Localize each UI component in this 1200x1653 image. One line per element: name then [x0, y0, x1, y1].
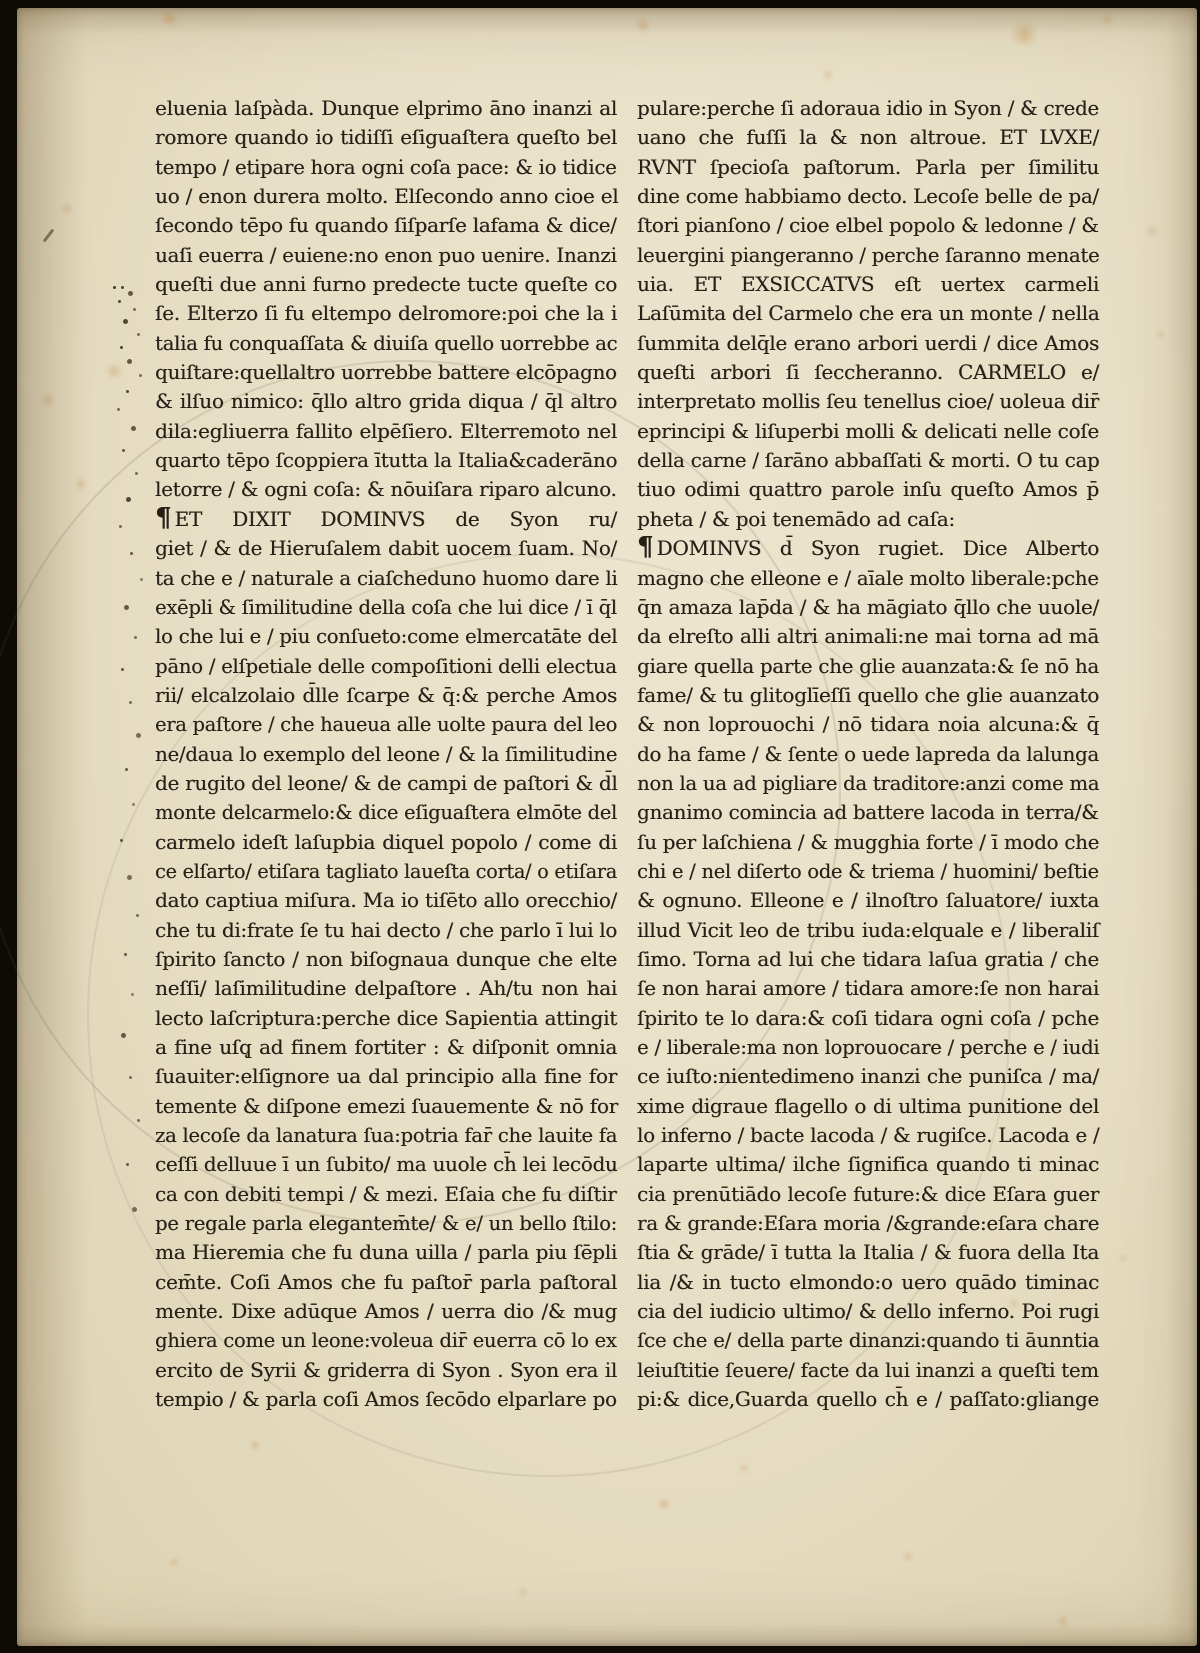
text-line: tempio / & parla coſi Amos ſecōdo elparl…: [155, 1385, 615, 1414]
text-line: pulare:perche ſi adoraua idio in Syon / …: [637, 94, 1094, 123]
foxing-spot: [41, 394, 55, 406]
gutter-speckles: [113, 286, 116, 289]
text-line: lo inferno / bacte lacoda / & rugiſce. L…: [637, 1121, 1095, 1150]
text-line: dine come habbiamo decto. Lecoſe belle d…: [637, 182, 1095, 211]
text-line: pheta / & poi tenemādo ad caſa:: [637, 505, 1099, 534]
text-line: ſe non harai amore / tidara amore:ſe non…: [637, 974, 1099, 1003]
text-line: che tu di:frate ſe tu hai decto / che pa…: [155, 916, 611, 945]
text-line: xime digraue flagello o di ultima puniti…: [637, 1092, 1099, 1121]
text-line: exēpli & ſimilitudine della coſa che lui…: [155, 593, 605, 622]
foxing-spot: [657, 1498, 671, 1510]
text-line: cia prenūtiādo lecoſe future:& dice Eſar…: [637, 1180, 1099, 1209]
text-line: leuergini piangeranno / perche ſaranno m…: [637, 241, 1091, 270]
text-line: lo che lui e / piu conſueto:come elmerca…: [155, 622, 608, 651]
text-line: dato captiua miſura. Ma io tiſēto allo o…: [155, 886, 617, 915]
text-line: ta che e / naturale a ciaſcheduno huomo …: [155, 564, 611, 593]
text-line: quarto tēpo ſcoppiera ītutta la Italia&c…: [155, 446, 613, 475]
text-line: ſpirito ſancto / non biſognaua dunque ch…: [155, 945, 617, 974]
text-line: ſecondo tēpo fu quando ſiſparſe lafama &…: [155, 211, 615, 240]
text-line: queſti arbori ſi ſeccheranno. CARMELO e/: [637, 358, 1099, 387]
text-line: fame/ & tu glitoglīeſſi quello che glie …: [637, 681, 1099, 710]
text-line: ſimo. Torna ad lui che tidara laſua grat…: [637, 945, 1099, 974]
text-line: chi e / nel diſerto ode & triema / huomi…: [637, 857, 1086, 886]
text-line: gnanimo comincia ad battere lacoda in te…: [637, 798, 1095, 827]
text-line: uano che fuſſi la & non altroue. ET LVXE…: [637, 123, 1099, 152]
text-line: monte delcarmelo:& dice eſiguaſtera elmō…: [155, 798, 603, 827]
foxing-spot: [75, 478, 87, 490]
foxing-spot: [1057, 1616, 1069, 1626]
foxing-spot: [169, 1558, 179, 1567]
text-line: za lecoſe da lanatura ſua:potria far̄ ch…: [155, 1121, 606, 1150]
text-line: magno che elleone e / aīale molto libera…: [637, 564, 1093, 593]
text-line: q̄n amaza lap̄da / & ha māgiato q̄llo ch…: [637, 593, 1099, 622]
right-text-column: pulare:perche ſi adoraua idio in Syon / …: [637, 94, 1099, 1414]
text-line: & non loprouochi / nō tidara noia alcuna…: [637, 710, 1099, 739]
text-line: ne/daua lo exemplo del leone / & la ſimi…: [155, 740, 610, 769]
text-line: laparte ultima/ ilche ſignifica quando t…: [637, 1150, 1099, 1179]
text-line: romore quando io tidiſſi eſiguaſtera que…: [155, 123, 617, 152]
text-line: mente. Dixe adūque Amos / uerra dio /& m…: [155, 1297, 617, 1326]
text-line: uaſi euerra / euiene:no enon puo uenire.…: [155, 241, 612, 270]
text-line: RVNT ſpecioſa paſtorum. Parla per ſimili…: [637, 153, 1099, 182]
foxing-spot: [519, 1588, 527, 1596]
text-line: & ognuno. Elleone e / ilnoſtro ſaluatore…: [637, 886, 1099, 915]
text-line: de rugito del leone/ & de campi de paſto…: [155, 769, 615, 798]
text-line: pi:& dice,Guarda quello ch̄ e / paſſato:…: [637, 1385, 1099, 1414]
text-line: ſuauiter:elſignore ua dal principio alla…: [155, 1062, 617, 1091]
text-line: ſu per laſchiena / & mugghia forte / ī m…: [637, 828, 1095, 857]
text-line: non la ua ad pigliare da traditore:anzi …: [637, 769, 1090, 798]
foxing-spot: [635, 18, 651, 32]
text-line: lecto laſcriptura:perche dice Sapientia …: [155, 1004, 617, 1033]
text-line: ¶DOMINVS d̄ Syon rugiet. Dice Alberto: [637, 534, 1099, 563]
text-line: dila:egliuerra fallito elpēſiero. Elterr…: [155, 417, 617, 446]
text-line: ra & grande:Eſara moria /&grande:eſara c…: [637, 1209, 1095, 1238]
foxing-spot: [159, 10, 179, 26]
foxing-spot: [1147, 226, 1157, 236]
text-line: ſtia & grāde/ ī tutta la Italia / & fuor…: [637, 1238, 1099, 1267]
text-line: carmelo ideſt laſupbia diquel popolo / c…: [155, 828, 617, 857]
text-line: do ha fame / & ſente o uede lapreda da l…: [637, 740, 1094, 769]
foxing-spot: [1101, 14, 1113, 24]
text-line: temente & diſpone emezi ſuauemente & nō …: [155, 1092, 617, 1121]
text-line: ma Hieremia che fu duna uilla / parla pi…: [155, 1238, 617, 1267]
text-line: Laſūmita del Carmelo che era un monte / …: [637, 299, 1099, 328]
text-line: ſummita delq̄le erano arbori uerdi / dic…: [637, 329, 1099, 358]
text-line: pe regale parla elegantem̄te/ & e/ un be…: [155, 1209, 607, 1238]
text-line: era paſtore / che haueua alle uolte paur…: [155, 710, 602, 739]
text-line: leiuſtitie ſeuere/ facte da lui inanzi a…: [637, 1356, 1093, 1385]
text-line: letorre / & ogni coſa: & nōuiſara riparo…: [155, 475, 614, 504]
paragraph-mark: ¶: [155, 503, 175, 533]
text-line: talia fu conquaſſata & diuiſa quello uor…: [155, 329, 607, 358]
text-line: ce elſarto/ etiſara tagliato laueſta cor…: [155, 857, 598, 886]
text-line: tiuo odimi quattro parole inſu queſto Am…: [637, 475, 1099, 504]
text-line: interpretato mollis ſeu tenellus cioe/ u…: [637, 387, 1094, 416]
paragraph-mark: ¶: [637, 532, 657, 562]
text-line: giare quella parte che glie auanzata:& ſ…: [637, 652, 1094, 681]
text-line: pāno / elſpetiale delle compoſitioni del…: [155, 652, 608, 681]
text-line: cia del iudicio ultimo/ & dello inferno.…: [637, 1297, 1099, 1326]
text-line: ce iuſto:nientedimeno inanzi che puniſca…: [637, 1062, 1099, 1091]
text-line: a fine uſq̨ ad finem fortiter : & diſpon…: [155, 1033, 617, 1062]
text-line: eprincipi & liſuperbi molli & delicati n…: [637, 417, 1099, 446]
text-line: tempo / etipare hora ogni coſa pace: & i…: [155, 153, 610, 182]
foxing-spot: [1119, 1254, 1127, 1262]
left-text-column: eluenia laſpàda. Dunque elprimo āno inan…: [155, 94, 617, 1414]
text-line: ſtori pianſono / cioe elbel popolo & led…: [637, 211, 1095, 240]
text-line: giet / & de Hieruſalem dabit uocem ſuam.…: [155, 534, 617, 563]
text-line: e / liberale:ma non loprouocare / perche…: [637, 1033, 1089, 1062]
foxing-spot: [823, 70, 833, 80]
text-line: rii/ elcalzolaio d̄lle ſcarpe & q̄:& per…: [155, 681, 617, 710]
foxing-spot: [249, 1440, 261, 1450]
text-line: ſpirito te lo dara:& coſi tidara ogni co…: [637, 1004, 1099, 1033]
ink-mark: [43, 229, 55, 243]
text-line: ¶ET DIXIT DOMINVS de Syon ru/: [155, 505, 617, 534]
foxing-spot: [105, 364, 123, 378]
text-line: uia. ET EXSICCATVS eſt uertex carmeli: [637, 270, 1099, 299]
text-line: della carne / ſarāno abbaſſati & morti. …: [637, 446, 1094, 475]
foxing-spot: [903, 1552, 913, 1561]
text-line: quiſtare:quellaltro uorrebbe battere elc…: [155, 358, 614, 387]
foxing-spot: [1157, 330, 1165, 338]
text-line: cem̄te. Coſi Amos che fu paſtor̄ parla p…: [155, 1268, 617, 1297]
text-line: uo / enon durera molto. Elſecondo anno c…: [155, 182, 617, 211]
text-line: lia /& in tucto elmondo:o uero quādo tim…: [637, 1268, 1099, 1297]
text-line: ca con debiti tempi / & mezi. Eſaia che …: [155, 1180, 614, 1209]
foxing-spot: [1009, 22, 1039, 46]
text-line: ſe. Elterzo ſi fu eltempo delromore:poi …: [155, 299, 617, 328]
text-line: eluenia laſpàda. Dunque elprimo āno inan…: [155, 94, 617, 123]
page-paper: eluenia laſpàda. Dunque elprimo āno inan…: [17, 8, 1197, 1646]
text-line: & ilſuo nimico: q̄llo altro grida diqua …: [155, 387, 617, 416]
foxing-spot: [739, 1464, 749, 1472]
text-line: ceſſi delluue ī un ſubito/ ma uuole ch̄ …: [155, 1150, 614, 1179]
text-line: neſſi/ laſimilitudine delpaſtore . Ah/tu…: [155, 974, 617, 1003]
text-line: ſce che e/ della parte dinanzi:quando ti…: [637, 1326, 1093, 1355]
text-line: illud Vicit leo de tribu iuda:elquale e …: [637, 916, 1099, 945]
text-line: da elreſto alli altri animali:ne mai tor…: [637, 622, 1099, 651]
text-line: queſti due anni furno predecte tucte que…: [155, 270, 617, 299]
text-line: ghiera come un leone:voleua dir̄ euerra …: [155, 1326, 605, 1355]
foxing-spot: [61, 204, 73, 214]
text-line: ercito de Syrii & griderra di Syon . Syo…: [155, 1356, 617, 1385]
